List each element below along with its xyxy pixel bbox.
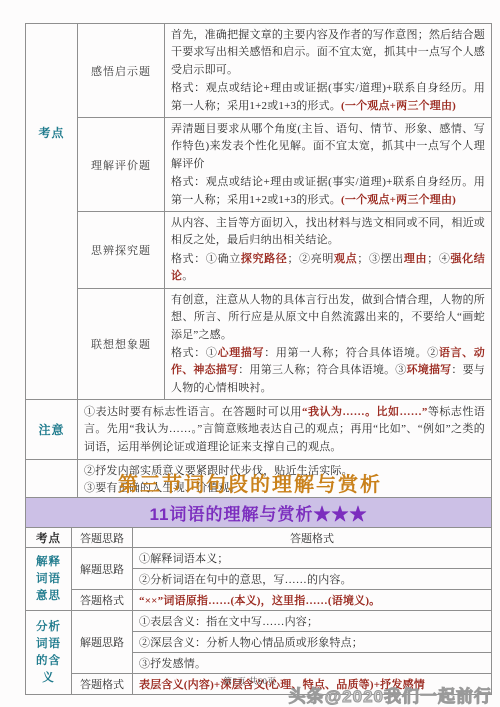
column-header-silu: 答题思路 bbox=[72, 528, 133, 548]
think-item: ③抒发感情。 bbox=[133, 653, 492, 674]
table-banner-title: 11词语的理解与赏析★★★ bbox=[26, 498, 492, 528]
column-header-geshi: 答题格式 bbox=[133, 528, 492, 548]
think-item: ①表层含义：指在文中写……内容； bbox=[133, 611, 492, 632]
question-type-lijie-content: 弄清题目要求从哪个角度(主旨、语句、情节、形象、感情、写作特色)来发表个性化见解… bbox=[165, 118, 492, 212]
think-item: ①解释词语本义； bbox=[133, 548, 492, 569]
question-type-lianxiang-content: 有创意，注意从人物的具体言行出发，做到合情合理，人物的所想、所言、所行应是从原文… bbox=[165, 288, 492, 399]
question-type-sibian-content: 从内容、主旨等方面切入，找出材料与选文相同或不同，相近或相反之处，最后归纳出相关… bbox=[165, 212, 492, 289]
think-item: ②分析词语在句中的意思，写……的内容。 bbox=[133, 569, 492, 590]
format-text: “××”词语原指……(本义)，这里指……(语境义)。 bbox=[133, 590, 492, 611]
format-paragraph: 格式：观点或结论+理由或证据(事实/道理)+联系自身经历。用第一人称；采用1+2… bbox=[171, 174, 485, 209]
method-paragraph: 从内容、主旨等方面切入，找出材料与选文相同或不同，相近或相反之处，最后归纳出相关… bbox=[171, 215, 485, 250]
watermark: 头条@2020我们一起前行 bbox=[289, 682, 492, 707]
method-paragraph: 弄清题目要求从哪个角度(主旨、语句、情节、形象、感情、写作特色)来发表个性化见解… bbox=[171, 121, 485, 173]
format-paragraph: 格式：①确立探究路径；②亮明观点；③摆出理由；④强化结论。 bbox=[171, 251, 485, 286]
method-paragraph: 有创意，注意从人物的具体言行出发，做到合情合理，人物的所想、所言、所行应是从原文… bbox=[171, 292, 485, 344]
format-paragraph: 格式：观点或结论+理由或证据(事实/道理)+联系自身经历。用第一人称；采用1+2… bbox=[171, 80, 485, 115]
exam-points-table: 考点 感悟启示题 首先，准确把握文章的主要内容及作者的写作意图；然后结合题干要求… bbox=[25, 23, 492, 517]
section-title: 第三节词句段的理解与赏析 bbox=[0, 468, 500, 497]
note-content: ①表达时要有标志性语言。在答题时可以用“我认为……。比如……”等标志性语言。先用… bbox=[78, 400, 492, 460]
think-label: 解题思路 bbox=[72, 611, 133, 674]
think-label: 解题思路 bbox=[72, 548, 133, 590]
question-type-ganwu-content: 首先，准确把握文章的主要内容及作者的写作意图；然后结合题干要求写出相关感悟和启示… bbox=[165, 24, 492, 118]
format-label: 答题格式 bbox=[72, 590, 133, 611]
topic-jieshi: 解释词语意思 bbox=[26, 548, 72, 611]
note-paragraph: ①表达时要有标志性语言。在答题时可以用“我认为……。比如……”等标志性语言。先用… bbox=[84, 404, 485, 456]
note-row-header: 注意 bbox=[26, 400, 78, 460]
format-paragraph: 格式：①心理描写：用第一人称；符合具体语境。②语言、动作、神态描写：用第三人称；… bbox=[171, 345, 485, 397]
question-type-sibian: 思辨探究题 bbox=[78, 212, 165, 289]
document-page: 考点 感悟启示题 首先，准确把握文章的主要内容及作者的写作意图；然后结合题干要求… bbox=[0, 0, 500, 707]
think-item: ②深层含义：分析人物心情品质或形象特点； bbox=[133, 632, 492, 653]
question-type-ganwu: 感悟启示题 bbox=[78, 24, 165, 118]
method-paragraph: 首先，准确把握文章的主要内容及作者的写作意图；然后结合题干要求写出相关感悟和启示… bbox=[171, 27, 485, 79]
exam-points-row-header: 考点 bbox=[26, 24, 78, 400]
exam-points-label: 考点 bbox=[26, 124, 77, 141]
question-type-lijie: 理解评价题 bbox=[78, 118, 165, 212]
words-analysis-table: 11词语的理解与赏析★★★ 考点 答题思路 答题格式 解释词语意思 解题思路 ①… bbox=[25, 497, 492, 695]
question-type-lianxiang: 联想想象题 bbox=[78, 288, 165, 399]
column-header-kaodian: 考点 bbox=[26, 528, 72, 548]
